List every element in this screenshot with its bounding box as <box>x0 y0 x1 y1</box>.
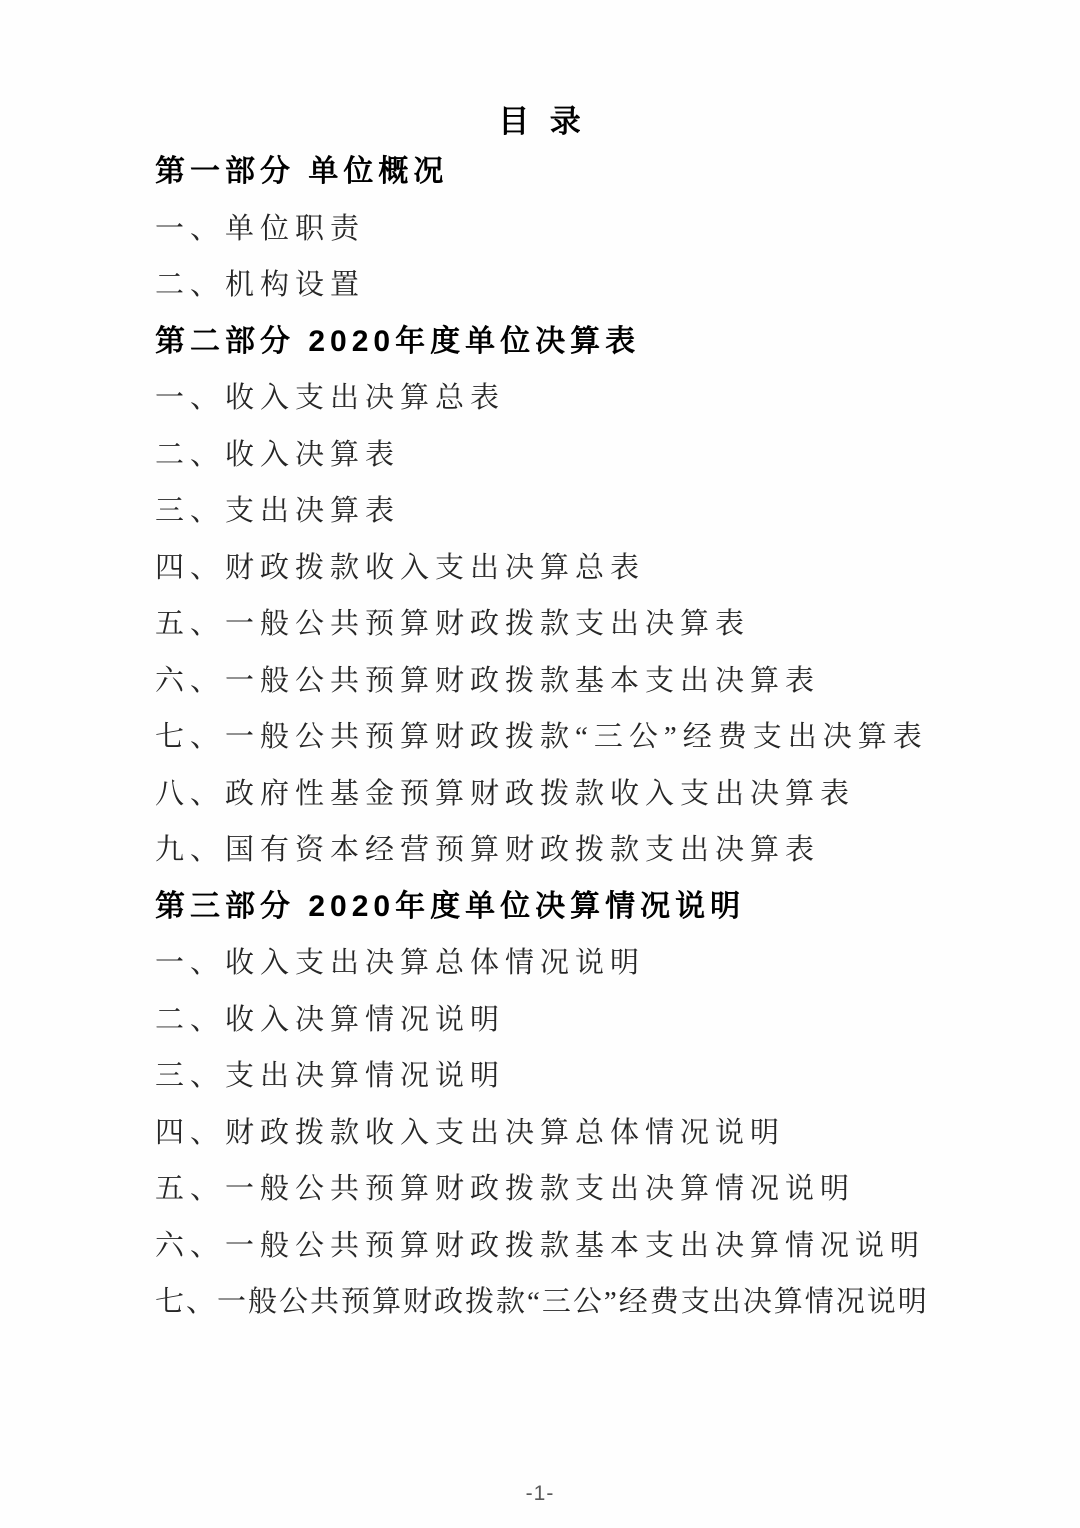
toc-item: 二、收入决算情况说明 <box>155 992 935 1049</box>
toc-item: 四、财政拨款收入支出决算总体情况说明 <box>155 1105 935 1162</box>
toc-section: 第二部分 2020年度单位决算表 一、收入支出决算总表 二、收入决算表 三、支出… <box>155 314 935 879</box>
toc-section-heading: 第一部分 单位概况 <box>155 144 935 201</box>
toc-section-heading: 第二部分 2020年度单位决算表 <box>155 314 935 371</box>
toc-section-items: 一、单位职责 二、机构设置 <box>155 201 935 314</box>
toc-item: 九、国有资本经营预算财政拨款支出决算表 <box>155 822 935 879</box>
page-title: 目 录 <box>155 100 930 144</box>
toc-section-items: 一、收入支出决算总体情况说明 二、收入决算情况说明 三、支出决算情况说明 四、财… <box>155 935 935 1331</box>
toc-section: 第三部分 2020年度单位决算情况说明 一、收入支出决算总体情况说明 二、收入决… <box>155 879 935 1331</box>
toc-item: 六、一般公共预算财政拨款基本支出决算表 <box>155 653 935 710</box>
toc-item: 七、一般公共预算财政拨款“三公”经费支出决算情况说明 <box>155 1274 935 1331</box>
toc-item: 二、收入决算表 <box>155 427 935 484</box>
toc-item: 五、一般公共预算财政拨款支出决算表 <box>155 596 935 653</box>
toc-item: 七、一般公共预算财政拨款“三公”经费支出决算表 <box>155 709 935 766</box>
toc-item: 六、一般公共预算财政拨款基本支出决算情况说明 <box>155 1218 935 1275</box>
toc-item: 八、政府性基金预算财政拨款收入支出决算表 <box>155 766 935 823</box>
toc-item: 四、财政拨款收入支出决算总表 <box>155 540 935 597</box>
toc-item: 五、一般公共预算财政拨款支出决算情况说明 <box>155 1161 935 1218</box>
toc-section: 第一部分 单位概况 一、单位职责 二、机构设置 <box>155 144 935 314</box>
document-page: 目 录 第一部分 单位概况 一、单位职责 二、机构设置 第二部分 2020年度单… <box>0 0 1080 1528</box>
toc-item: 二、机构设置 <box>155 257 935 314</box>
toc-item: 一、收入支出决算总体情况说明 <box>155 935 935 992</box>
toc-item: 三、支出决算表 <box>155 483 935 540</box>
toc: 第一部分 单位概况 一、单位职责 二、机构设置 第二部分 2020年度单位决算表… <box>155 144 935 1331</box>
toc-section-heading: 第三部分 2020年度单位决算情况说明 <box>155 879 935 936</box>
toc-item: 一、单位职责 <box>155 201 935 258</box>
toc-item: 三、支出决算情况说明 <box>155 1048 935 1105</box>
page-number: -1- <box>0 1482 1080 1506</box>
toc-section-items: 一、收入支出决算总表 二、收入决算表 三、支出决算表 四、财政拨款收入支出决算总… <box>155 370 935 879</box>
toc-item: 一、收入支出决算总表 <box>155 370 935 427</box>
